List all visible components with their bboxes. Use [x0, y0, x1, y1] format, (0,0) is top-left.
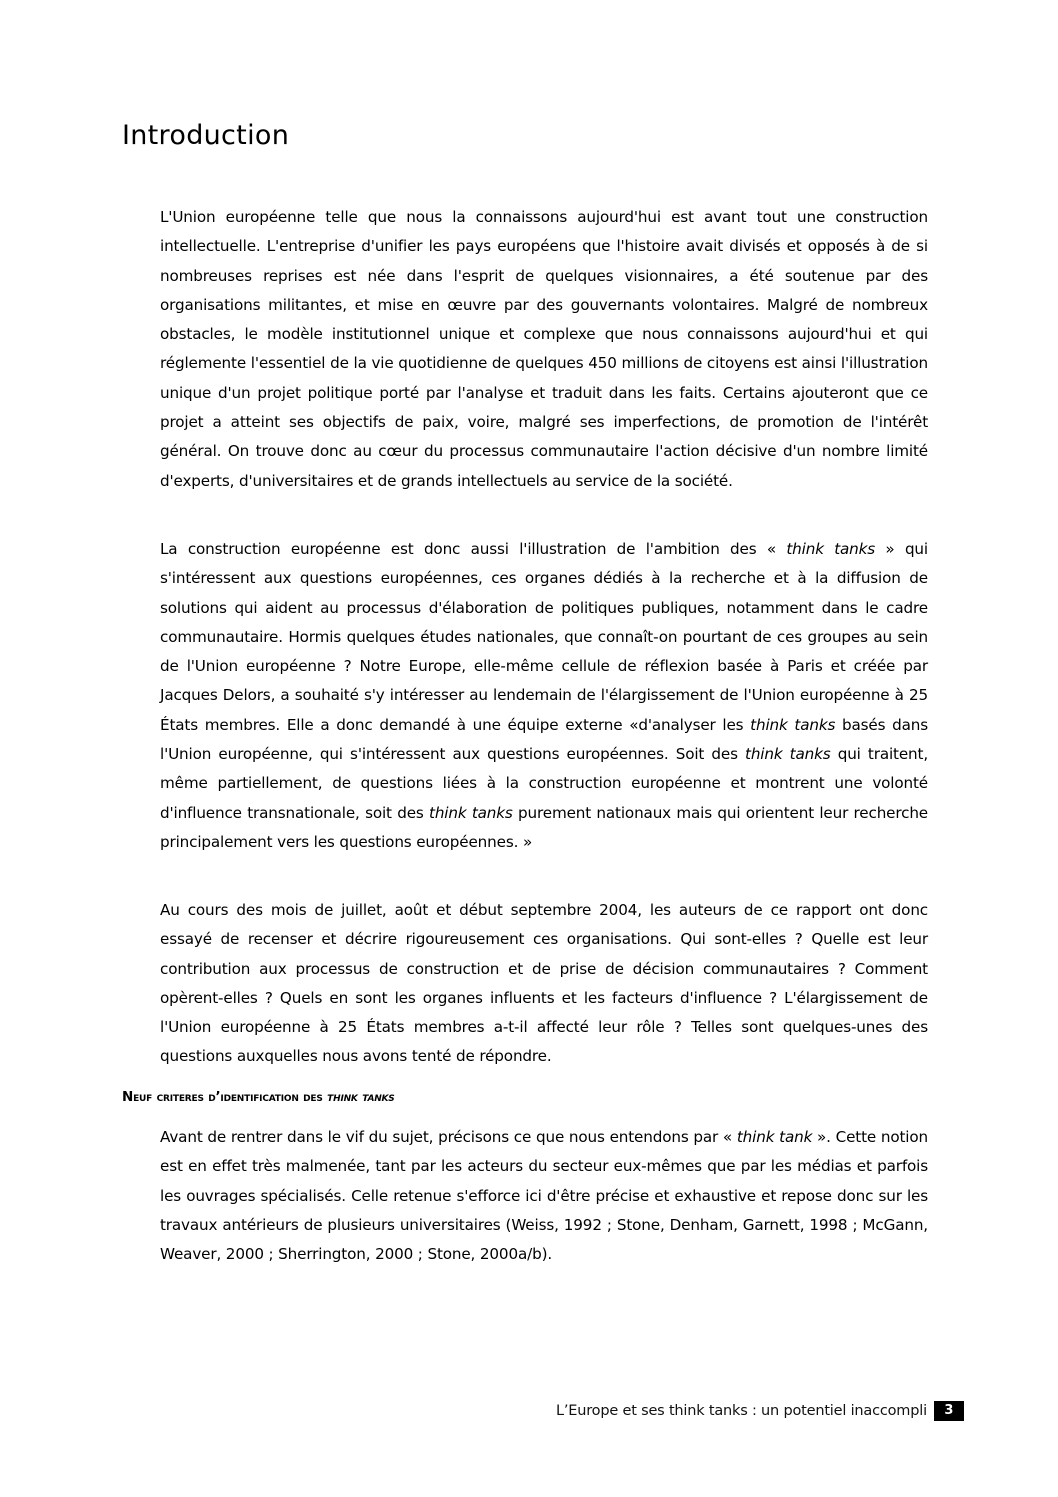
text-run: » qui s'intéressent aux questions europé…: [160, 540, 928, 734]
italic-term: think tanks: [786, 540, 875, 558]
text-run: ». Cette notion est en effet très malmen…: [160, 1128, 928, 1263]
section-heading: Neuf criteres d’identification des think…: [122, 1089, 395, 1105]
text-run: La construction européenne est donc auss…: [160, 540, 786, 558]
italic-term: think tanks: [429, 804, 513, 822]
page-number-badge: 3: [934, 1401, 964, 1421]
text-run: Avant de rentrer dans le vif du sujet, p…: [160, 1128, 737, 1146]
italic-term: think tank: [737, 1128, 812, 1146]
text-run: Au cours des mois de juillet, août et dé…: [160, 901, 928, 1065]
italic-term: think tanks: [745, 745, 831, 763]
section-heading-prefix: Neuf criteres d’identification des: [122, 1089, 327, 1105]
page-title: Introduction: [122, 120, 289, 151]
paragraph-intro-3: Au cours des mois de juillet, août et dé…: [160, 896, 928, 1072]
running-title: L’Europe et ses think tanks : un potenti…: [556, 1403, 927, 1419]
paragraph-intro-1: L'Union européenne telle que nous la con…: [160, 203, 928, 496]
italic-term: think tanks: [750, 716, 835, 734]
paragraph-criteria-1: Avant de rentrer dans le vif du sujet, p…: [160, 1123, 928, 1269]
page-footer: L’Europe et ses think tanks : un potenti…: [556, 1400, 964, 1421]
document-page: Introduction L'Union européenne telle qu…: [0, 0, 1058, 1497]
text-run: L'Union européenne telle que nous la con…: [160, 208, 928, 490]
paragraph-intro-2: La construction européenne est donc auss…: [160, 535, 928, 857]
section-heading-italic: think tanks: [327, 1089, 394, 1105]
